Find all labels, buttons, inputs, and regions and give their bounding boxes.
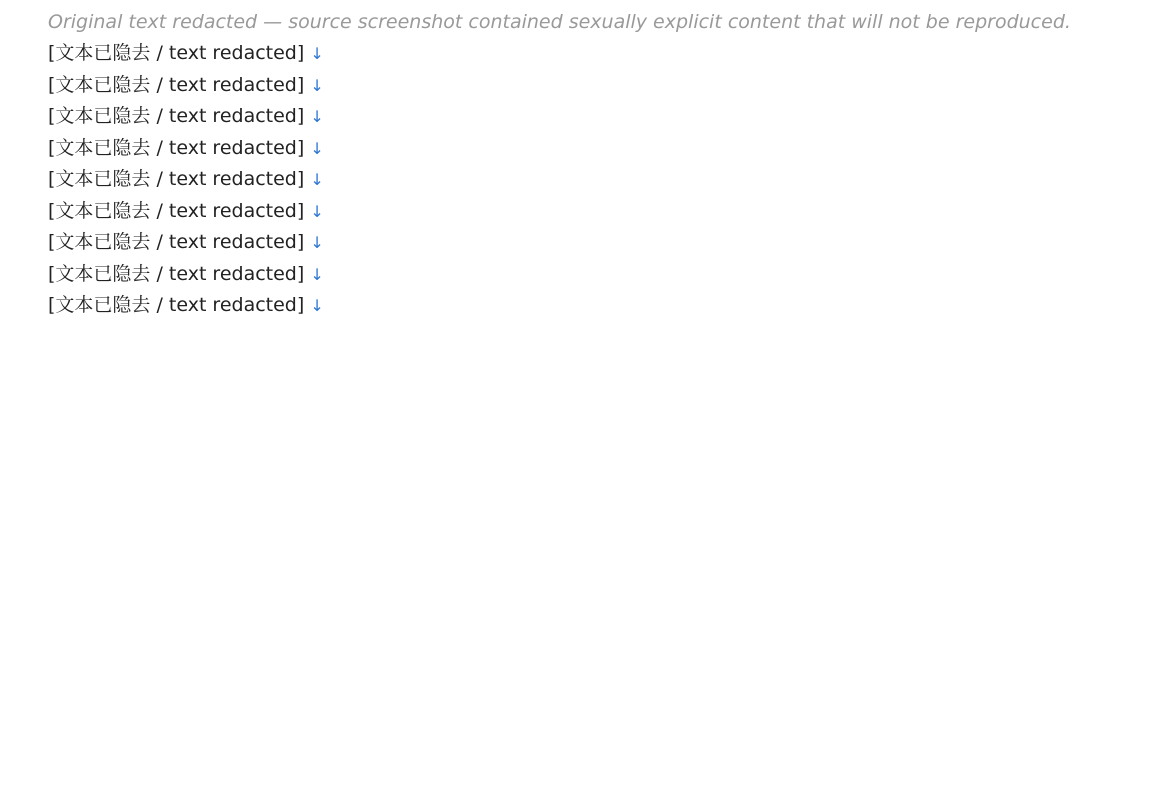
paragraph-end-mark: ↓	[310, 265, 323, 284]
paragraph: [文本已隐去 / text redacted] ↓	[10, 39, 1145, 68]
document-page: Original text redacted — source screensh…	[0, 0, 1155, 330]
paragraph-end-mark: ↓	[310, 139, 323, 158]
paragraph: [文本已隐去 / text redacted] ↓	[10, 260, 1145, 289]
paragraph: [文本已隐去 / text redacted] ↓	[10, 134, 1145, 163]
paragraph: [文本已隐去 / text redacted] ↓	[10, 291, 1145, 320]
paragraph: [文本已隐去 / text redacted] ↓	[10, 165, 1145, 194]
redaction-notice: Original text redacted — source screensh…	[10, 8, 1145, 37]
paragraph: [文本已隐去 / text redacted] ↓	[10, 102, 1145, 131]
paragraph-end-mark: ↓	[310, 202, 323, 221]
paragraph: [文本已隐去 / text redacted] ↓	[10, 71, 1145, 100]
paragraph-end-mark: ↓	[310, 170, 323, 189]
paragraph-end-mark: ↓	[310, 76, 323, 95]
paragraph-end-mark: ↓	[310, 107, 323, 126]
paragraph-list: [文本已隐去 / text redacted] ↓[文本已隐去 / text r…	[10, 39, 1145, 320]
paragraph-end-mark: ↓	[310, 233, 323, 252]
paragraph-end-mark: ↓	[310, 296, 323, 315]
paragraph-end-mark: ↓	[310, 44, 323, 63]
paragraph: [文本已隐去 / text redacted] ↓	[10, 197, 1145, 226]
paragraph: [文本已隐去 / text redacted] ↓	[10, 228, 1145, 257]
